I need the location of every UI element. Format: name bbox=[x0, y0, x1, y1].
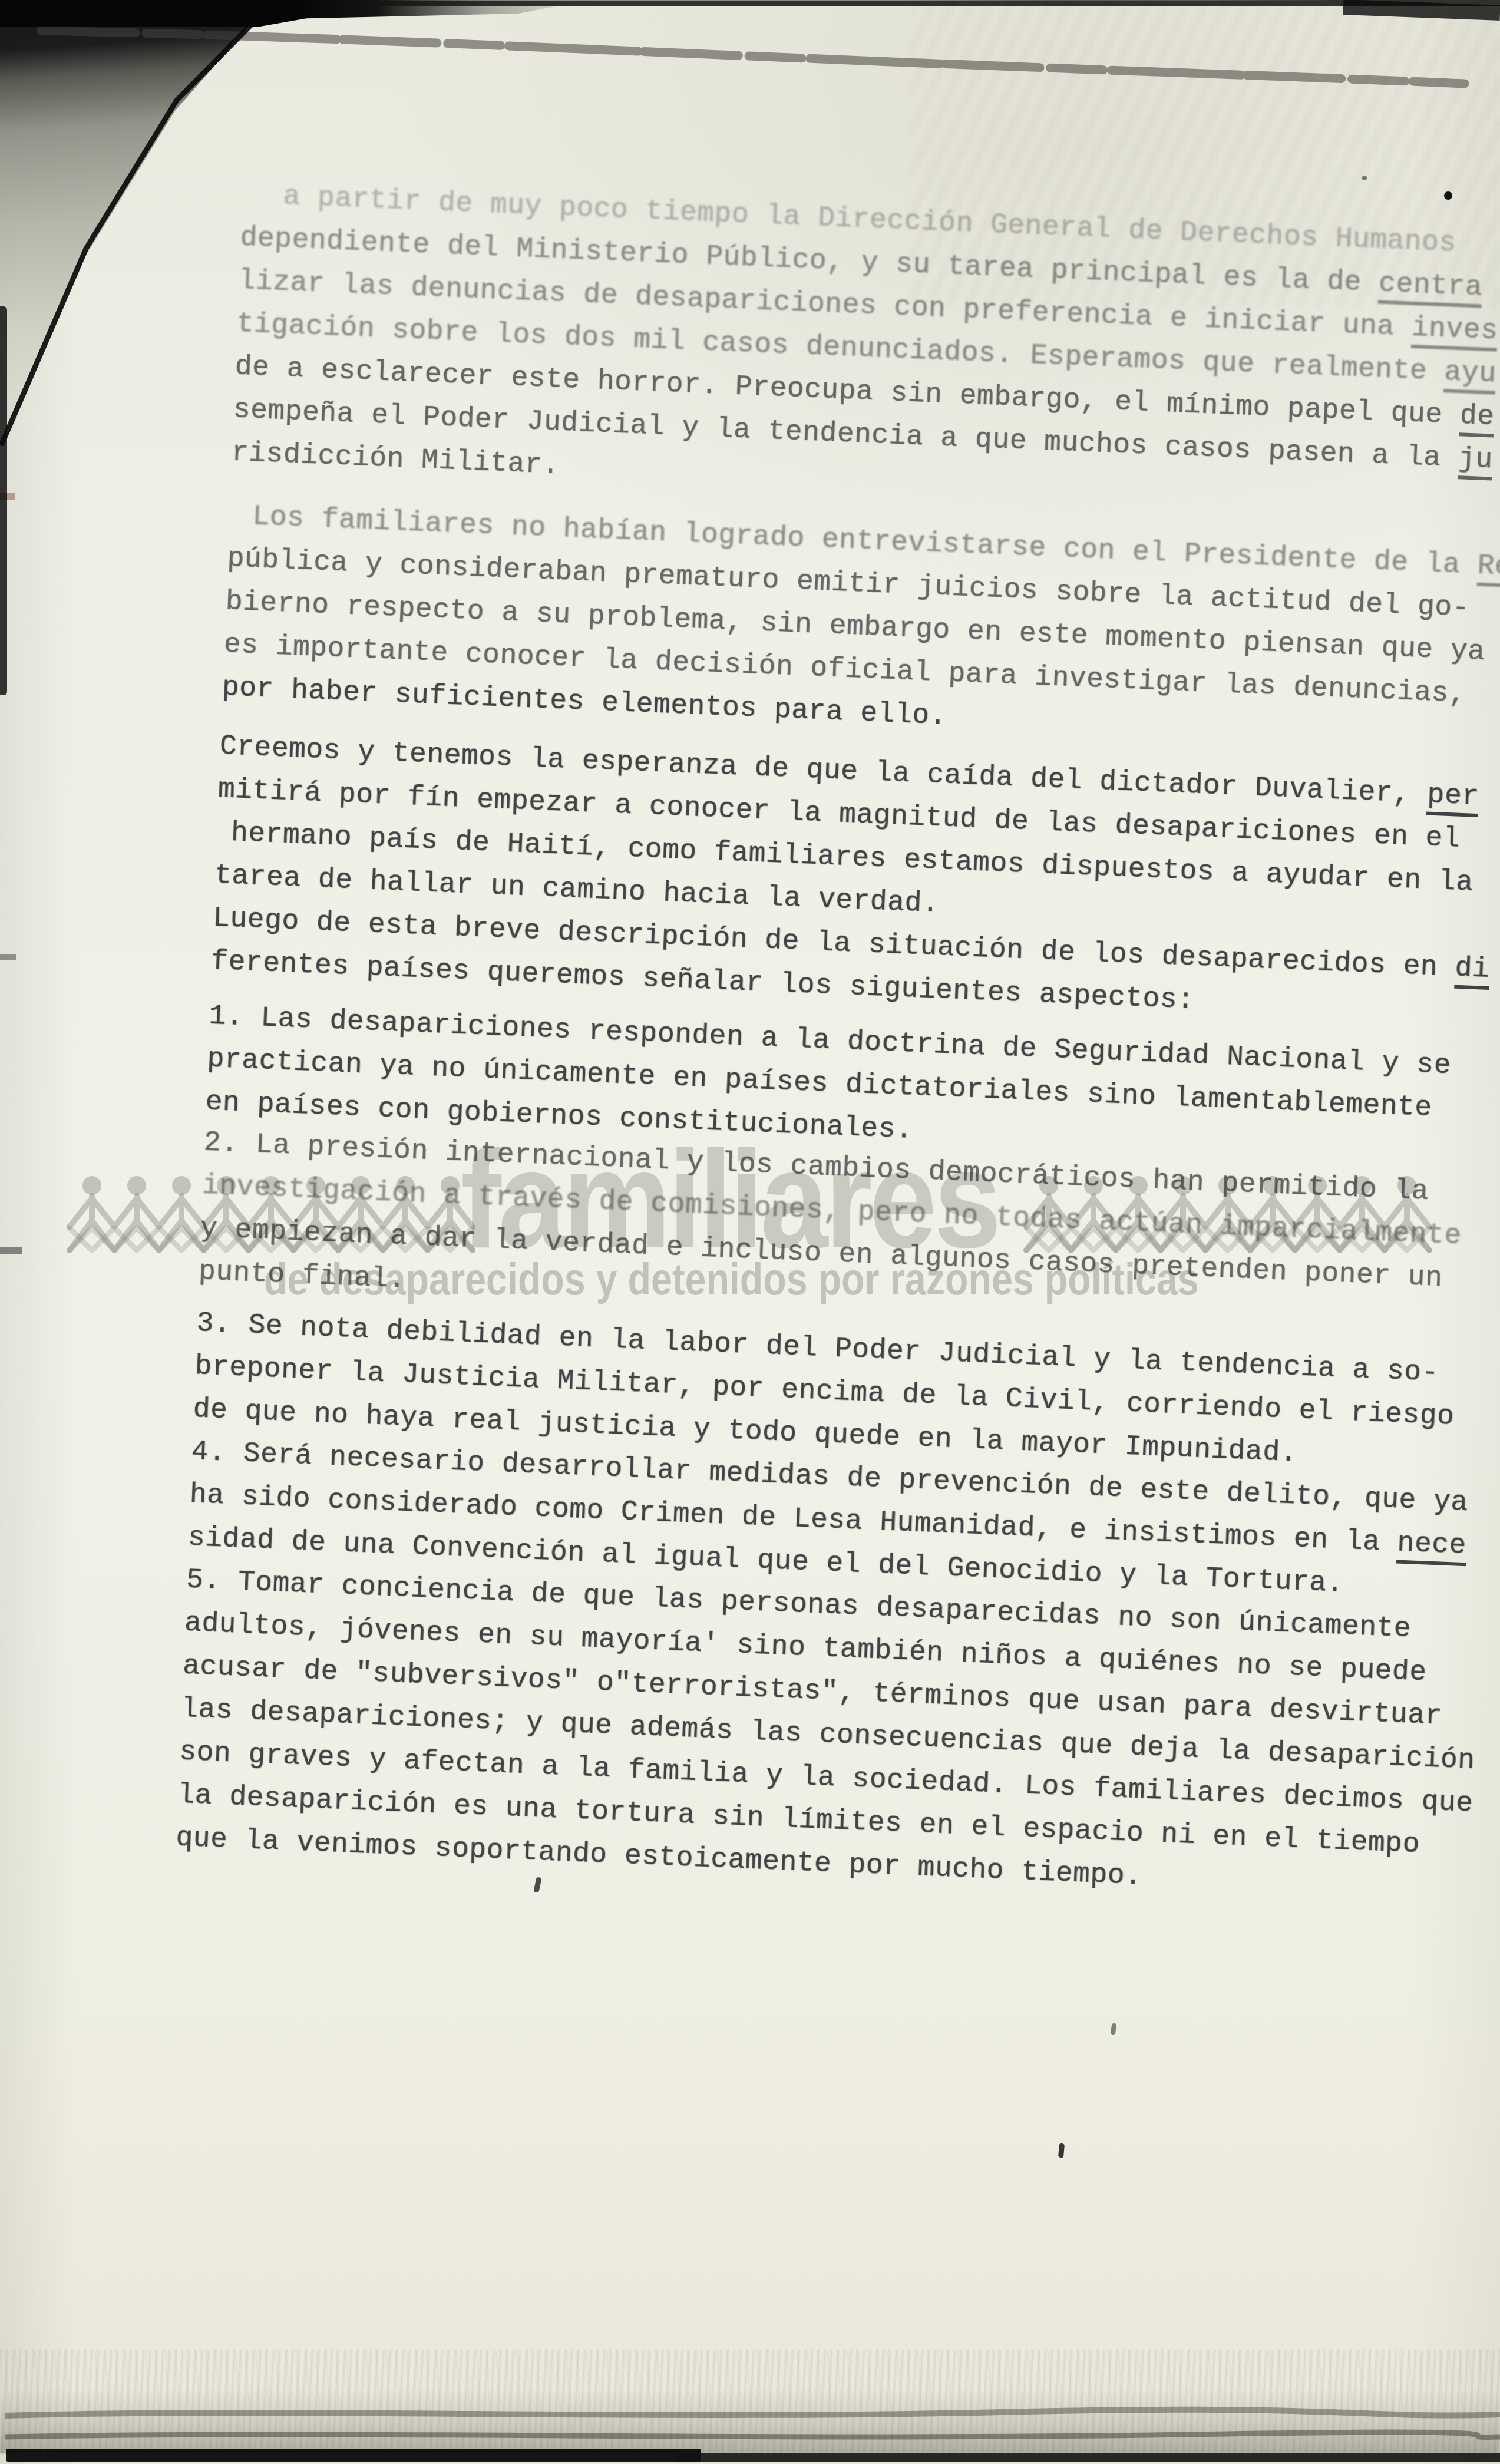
scan-smudge-bottom bbox=[0, 2350, 1500, 2453]
hyphen-break-underline: Re bbox=[1476, 550, 1500, 587]
paragraph-1: a partir de muy poco tiempo la Dirección… bbox=[230, 174, 1500, 525]
hyphen-break-underline: inves bbox=[1410, 312, 1498, 352]
hyphen-break-underline: centra bbox=[1378, 268, 1483, 308]
scan-edge-strip bbox=[0, 306, 7, 695]
hyphen-break-underline: per bbox=[1426, 780, 1479, 817]
hyphen-break-underline: di bbox=[1454, 953, 1490, 990]
hyphen-break-underline: de bbox=[1459, 400, 1495, 437]
hyphen-break-underline: ayu bbox=[1443, 356, 1496, 394]
hyphen-break-underline: nece bbox=[1396, 1528, 1467, 1567]
paragraph-9: 5. Tomar conciencia de que las personas … bbox=[175, 1559, 1481, 1912]
hyphen-break-underline: ju bbox=[1458, 443, 1494, 480]
